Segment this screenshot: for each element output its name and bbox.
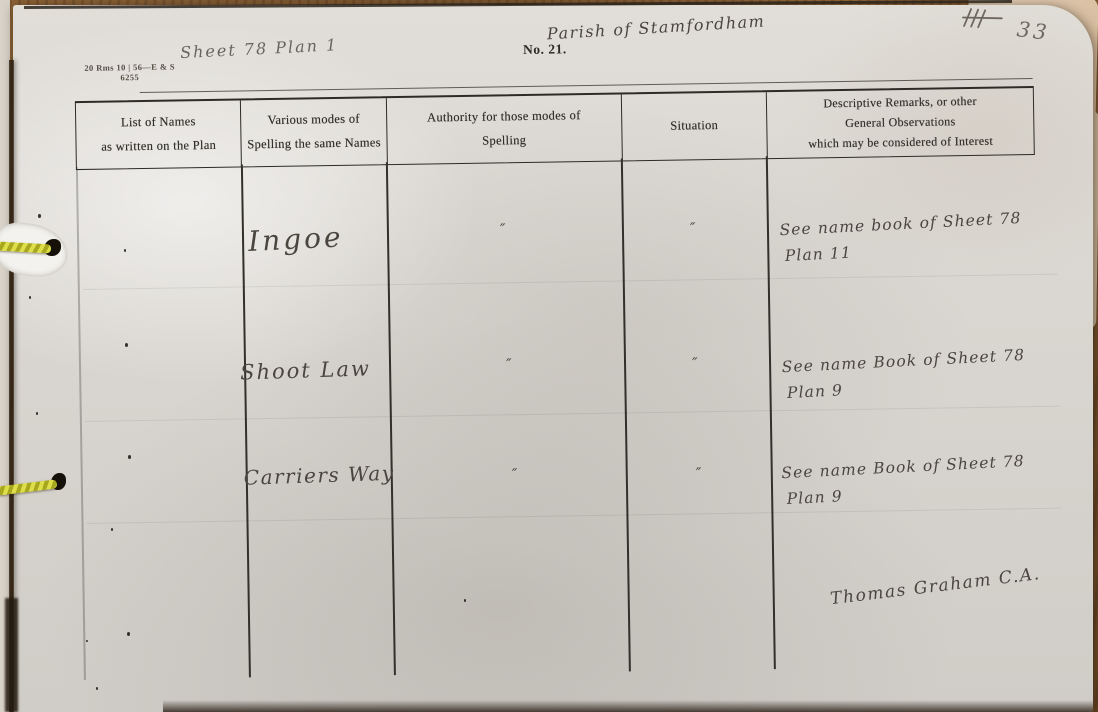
document-page: Sheet 78 Plan 1 20 Rms 10 | 56—E & S 625… — [13, 5, 1093, 712]
ditto-mark: ″ — [692, 354, 698, 372]
entry-name: Shoot Law — [240, 356, 371, 384]
entry-remarks: See name book of Sheet 78 Plan 11 — [779, 205, 1023, 270]
ink-speck — [38, 214, 41, 218]
entry-remarks: See name Book of Sheet 78 Plan 9 — [781, 448, 1027, 513]
ink-speck — [124, 249, 126, 252]
table-header-row: List of Names as written on the Plan Var… — [75, 86, 1035, 170]
tally-mark-icon — [958, 5, 1006, 40]
column-header-situation: Situation — [621, 92, 767, 160]
ditto-mark: ″ — [696, 464, 702, 482]
table-rule-col4 — [766, 156, 776, 669]
column-header-line: Various modes of — [267, 108, 360, 133]
printers-code: 20 Rms 10 | 56—E & S 6255 — [84, 63, 175, 84]
column-header-authority: Authority for those modes of Spelling — [386, 95, 622, 165]
ditto-mark: ″ — [690, 219, 696, 237]
ditto-mark: ″ — [506, 355, 512, 373]
column-header-line: List of Names — [121, 110, 196, 135]
printers-code-line2: 6255 — [84, 72, 175, 83]
column-header-line: Spelling — [482, 129, 526, 153]
ink-speck — [128, 455, 131, 459]
column-header-line: Spelling the same Names — [247, 131, 381, 157]
page-content: Sheet 78 Plan 1 20 Rms 10 | 56—E & S 625… — [13, 5, 1093, 712]
parish-note: Parish of Stamfordham — [546, 11, 765, 43]
table-rule-col2 — [386, 162, 396, 675]
gutter-shadow-bottom — [5, 598, 18, 712]
column-header-spelling-modes: Various modes of Spelling the same Names — [240, 98, 386, 166]
surveyor-signature: Thomas Graham C.A. — [829, 564, 1042, 609]
ink-speck — [29, 296, 31, 299]
guide-line — [85, 406, 1060, 422]
sheet-plan-note: Sheet 78 Plan 1 — [180, 35, 339, 62]
column-header-remarks: Descriptive Remarks, or other General Ob… — [766, 88, 1034, 158]
ink-speck — [464, 599, 466, 602]
page-bottom-shadow — [163, 700, 1093, 712]
column-header-line: Descriptive Remarks, or other — [823, 92, 977, 114]
column-header-line: Authority for those modes of — [427, 104, 581, 130]
column-header-line: General Observations — [845, 112, 956, 134]
ink-speck — [111, 528, 113, 531]
table-rule-left — [76, 167, 86, 680]
ditto-mark: ″ — [500, 220, 506, 238]
entry-remarks: See name Book of Sheet 78 Plan 9 — [781, 342, 1027, 407]
ink-speck — [125, 343, 128, 347]
column-header-line: Situation — [670, 114, 718, 138]
table-rule-col3 — [621, 158, 631, 671]
scanned-book-photo: Sheet 78 Plan 1 20 Rms 10 | 56—E & S 625… — [0, 0, 1098, 712]
form-number: No. 21. — [523, 41, 567, 58]
ink-speck — [127, 632, 130, 636]
ink-speck — [96, 687, 98, 690]
entry-name: Carriers Way — [243, 461, 395, 490]
ink-speck — [86, 640, 88, 642]
page-number: 33 — [1016, 17, 1051, 45]
column-header-names: List of Names as written on the Plan — [76, 100, 241, 169]
column-header-line: which may be considered of Interest — [808, 132, 993, 155]
entry-name: Ingoe — [247, 220, 344, 258]
guide-line — [86, 508, 1061, 524]
ditto-mark: ″ — [512, 465, 518, 483]
ink-speck — [36, 412, 38, 415]
guide-line — [83, 274, 1058, 290]
column-header-line: as written on the Plan — [101, 134, 216, 160]
